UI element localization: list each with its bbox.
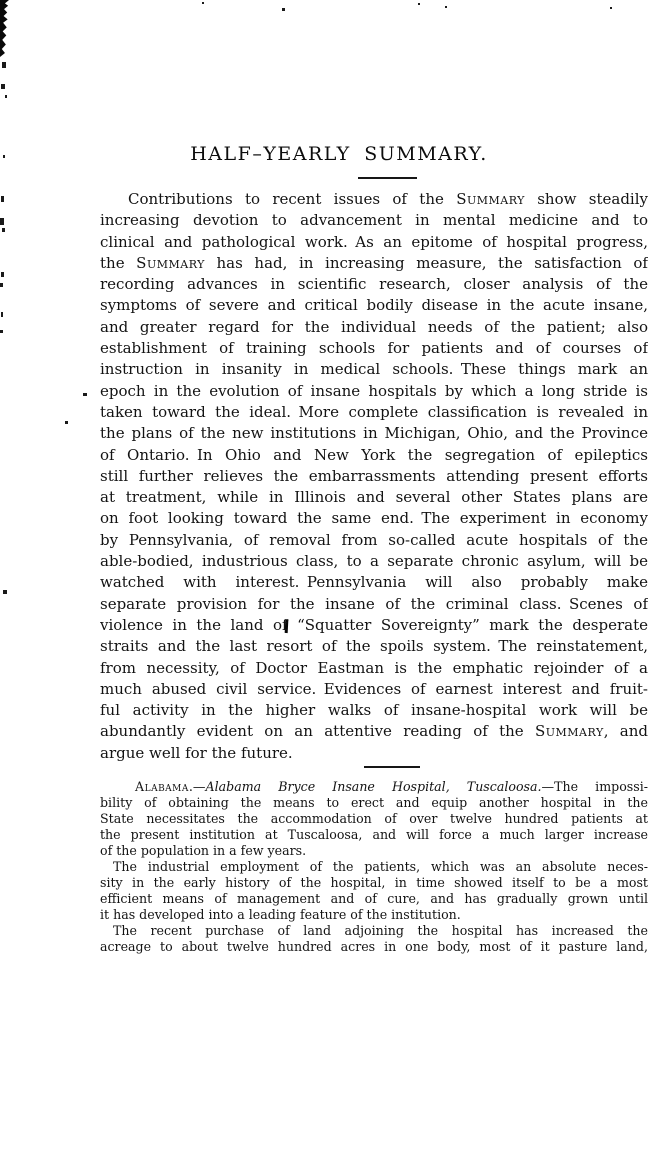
scan-speck <box>202 2 204 4</box>
scan-speck <box>3 590 7 594</box>
scan-speck <box>1 312 3 317</box>
text-line: on foot looking toward the same end. The… <box>100 508 648 529</box>
scan-speck <box>1 84 5 89</box>
text-line: acreage to about twelve hundred acres in… <box>100 939 648 955</box>
text-line: State necessitates the accommodation of … <box>100 811 648 827</box>
text-line: The recent purchase of land adjoining th… <box>100 923 648 939</box>
text-line: the Summary has had, in increasing measu… <box>100 253 648 274</box>
scan-speck <box>2 228 5 232</box>
text-line: abundantly evident on an attentive readi… <box>100 721 648 742</box>
text-line: violence in the land of “Squatter Sovere… <box>100 615 648 636</box>
section-divider-rule <box>364 766 420 768</box>
text-line: Alabama.—Alabama Bryce Insane Hospital, … <box>100 779 648 795</box>
text-line: recording advances in scientific researc… <box>100 274 648 295</box>
scan-speck <box>3 155 5 158</box>
text-line: separate provision for the insane of the… <box>100 594 648 615</box>
alabama-paragraph-2: The industrial employment of the patient… <box>100 859 648 923</box>
document-page: HALF–YEARLY SUMMARY. Contributions to re… <box>0 0 650 1149</box>
text-line: by Pennsylvania, of removal from so-call… <box>100 530 648 551</box>
text-line: The industrial employment of the patient… <box>100 859 648 875</box>
scan-artifact-blob <box>0 0 9 57</box>
alabama-paragraph-3: The recent purchase of land adjoining th… <box>100 923 648 955</box>
small-caps-text: Summary <box>136 254 205 272</box>
text-line: from necessity, of Doctor Eastman is the… <box>100 658 648 679</box>
scan-speck <box>0 283 3 287</box>
text-line: epoch in the evolution of insane hospita… <box>100 381 648 402</box>
scan-speck <box>5 95 7 98</box>
scan-speck <box>282 8 285 11</box>
italic-text: Alabama Bryce Insane Hospital, Tuscaloos… <box>206 779 542 794</box>
text-line: efficient means of management and of cur… <box>100 891 648 907</box>
text-line: increasing devotion to advancement in me… <box>100 210 648 231</box>
text-line: it has developed into a leading feature … <box>100 907 648 923</box>
text-line: sity in the early history of the hospita… <box>100 875 648 891</box>
text-line: establishment of training schools for pa… <box>100 338 648 359</box>
text-line: the plans of the new institutions in Mic… <box>100 423 648 444</box>
text-line: taken toward the ideal. More complete cl… <box>100 402 648 423</box>
text-line: of Ontario. In Ohio and New York the seg… <box>100 445 648 466</box>
text-line: ful activity in the higher walks of insa… <box>100 700 648 721</box>
text-line: able-bodied, industrious class, to a sep… <box>100 551 648 572</box>
text-line: clinical and pathological work. As an ep… <box>100 232 648 253</box>
small-caps-text: Alabama <box>135 779 189 794</box>
text-line: much abused civil service. Evidences of … <box>100 679 648 700</box>
scan-speck <box>610 7 612 9</box>
small-caps-text: Summary <box>456 190 525 208</box>
intro-paragraph: Contributions to recent issues of the Su… <box>100 189 648 764</box>
scan-speck <box>418 3 420 5</box>
small-caps-text: Summary <box>535 722 604 740</box>
text-line: straits and the last resort of the spoil… <box>100 636 648 657</box>
scan-speck <box>1 272 4 277</box>
text-line: bility of obtaining the means to erect a… <box>100 795 648 811</box>
scan-speck <box>83 393 87 396</box>
page-title: HALF–YEARLY SUMMARY. <box>100 143 648 165</box>
scan-speck <box>65 421 68 424</box>
scan-speck <box>1 196 4 202</box>
alabama-paragraph-1: Alabama.—Alabama Bryce Insane Hospital, … <box>100 779 648 859</box>
page-title-text: HALF–YEARLY SUMMARY. <box>190 143 488 165</box>
title-rule <box>358 177 417 179</box>
text-line: still further relieves the embarrassment… <box>100 466 648 487</box>
scan-speck <box>0 218 4 225</box>
scan-speck <box>445 6 447 8</box>
scan-speck <box>2 62 6 68</box>
text-line: argue well for the future. <box>100 743 648 764</box>
text-line: of the population in a few years. <box>100 843 648 859</box>
scan-speck <box>0 330 3 333</box>
text-line: watched with interest. Pennsylvania will… <box>100 572 648 593</box>
text-line: the present institution at Tuscaloosa, a… <box>100 827 648 843</box>
text-line: instruction in insanity in medical schoo… <box>100 359 648 380</box>
text-line: symptoms of severe and critical bodily d… <box>100 295 648 316</box>
text-line: and greater regard for the individual ne… <box>100 317 648 338</box>
text-line: at treatment, while in Illinois and seve… <box>100 487 648 508</box>
text-line: Contributions to recent issues of the Su… <box>100 189 648 210</box>
